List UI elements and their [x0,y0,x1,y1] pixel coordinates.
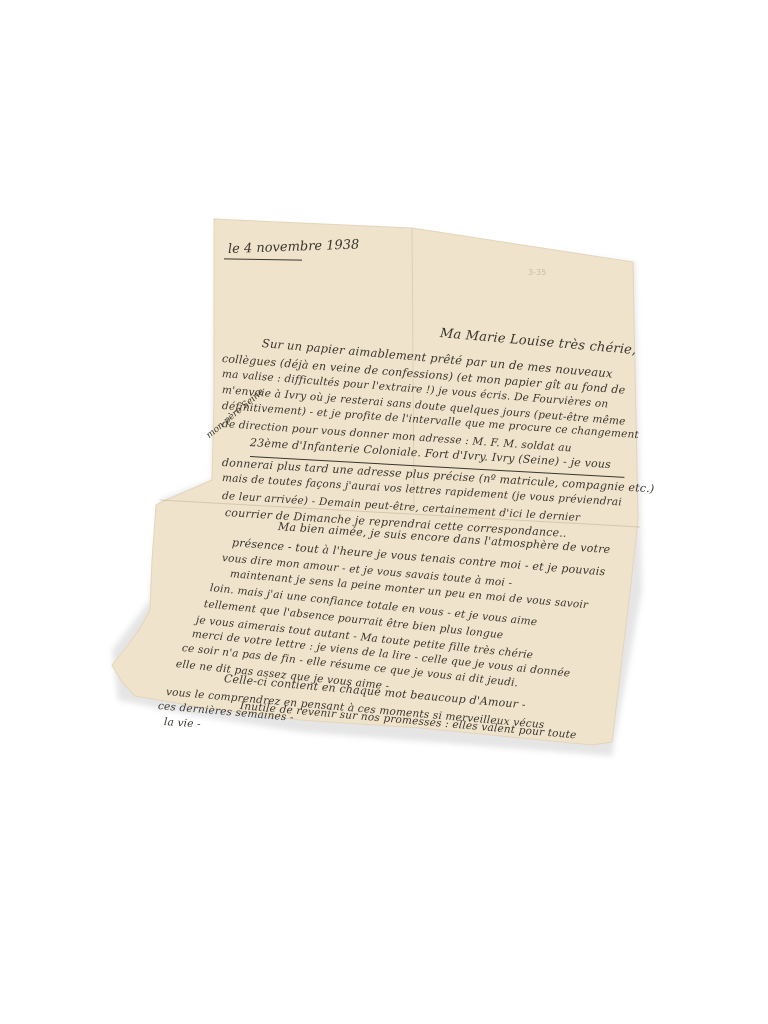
letter-paper [0,0,768,1024]
letter-line: la vie - [164,716,202,731]
page-mark: 3-35 [528,268,546,277]
